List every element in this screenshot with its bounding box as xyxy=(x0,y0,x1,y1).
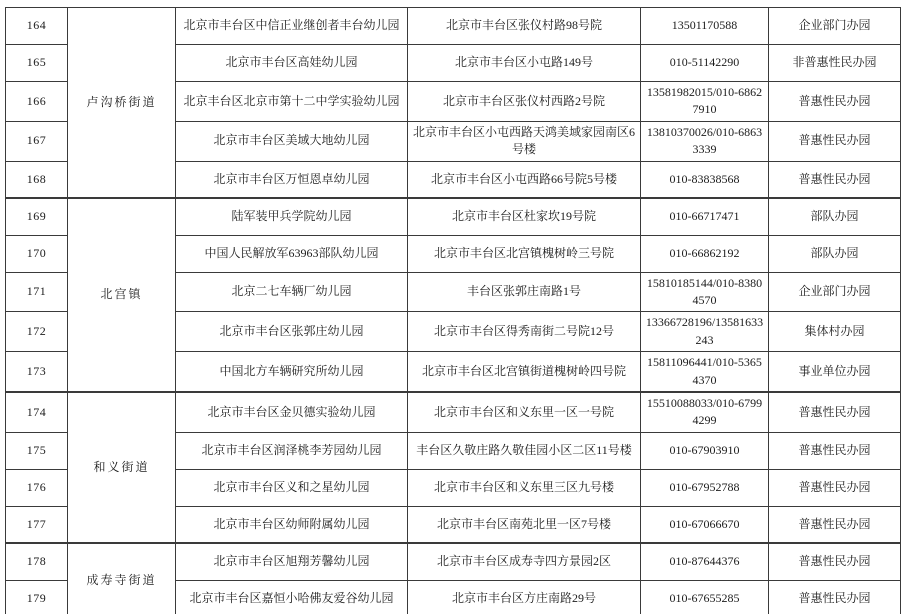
row-number-cell: 177 xyxy=(6,506,68,543)
address-cell: 北京市丰台区南苑北里一区7号楼 xyxy=(408,506,641,543)
phone-cell: 010-51142290 xyxy=(641,45,769,82)
row-number-cell: 175 xyxy=(6,432,68,469)
row-number-cell: 166 xyxy=(6,82,68,122)
row-number-cell: 169 xyxy=(6,198,68,235)
address-cell: 北京市丰台区和义东里一区一号院 xyxy=(408,392,641,432)
type-cell: 企业部门办园 xyxy=(769,8,901,45)
phone-cell: 15510088033/010-67994299 xyxy=(641,392,769,432)
address-cell: 北京市丰台区小屯路149号 xyxy=(408,45,641,82)
type-cell: 普惠性民办园 xyxy=(769,82,901,122)
type-cell: 普惠性民办园 xyxy=(769,580,901,614)
phone-cell: 13810370026/010-68633339 xyxy=(641,121,769,161)
kindergarten-directory-page: 164卢沟桥街道北京市丰台区中信正业继创者丰台幼儿园北京市丰台区张仪村路98号院… xyxy=(0,0,905,614)
row-number-cell: 179 xyxy=(6,580,68,614)
type-cell: 普惠性民办园 xyxy=(769,543,901,580)
phone-cell: 13366728196/13581633243 xyxy=(641,312,769,352)
phone-cell: 010-66862192 xyxy=(641,235,769,272)
address-cell: 北京市丰台区方庄南路29号 xyxy=(408,580,641,614)
row-number-cell: 170 xyxy=(6,235,68,272)
type-cell: 普惠性民办园 xyxy=(769,121,901,161)
phone-cell: 010-67903910 xyxy=(641,432,769,469)
phone-cell: 13501170588 xyxy=(641,8,769,45)
phone-cell: 010-87644376 xyxy=(641,543,769,580)
kindergarten-name-cell: 北京市丰台区旭翔芳馨幼儿园 xyxy=(176,543,408,580)
address-cell: 北京市丰台区北宫镇街道槐树岭四号院 xyxy=(408,352,641,392)
row-number-cell: 172 xyxy=(6,312,68,352)
kindergarten-name-cell: 北京市丰台区万恒恩卓幼儿园 xyxy=(176,161,408,198)
type-cell: 集体村办园 xyxy=(769,312,901,352)
kindergarten-name-cell: 北京市丰台区高娃幼儿园 xyxy=(176,45,408,82)
type-cell: 普惠性民办园 xyxy=(769,432,901,469)
address-cell: 丰台区张郭庄南路1号 xyxy=(408,272,641,312)
type-cell: 事业单位办园 xyxy=(769,352,901,392)
kindergarten-name-cell: 北京市丰台区张郭庄幼儿园 xyxy=(176,312,408,352)
table-row: 174和义街道北京市丰台区金贝德实验幼儿园北京市丰台区和义东里一区一号院1551… xyxy=(6,392,901,432)
address-cell: 北京市丰台区得秀南街二号院12号 xyxy=(408,312,641,352)
kindergarten-name-cell: 北京市丰台区润泽桃李芳园幼儿园 xyxy=(176,432,408,469)
row-number-cell: 173 xyxy=(6,352,68,392)
row-number-cell: 171 xyxy=(6,272,68,312)
kindergarten-name-cell: 中国人民解放军63963部队幼儿园 xyxy=(176,235,408,272)
address-cell: 丰台区久敬庄路久敬佳园小区二区11号楼 xyxy=(408,432,641,469)
kindergarten-name-cell: 北京市丰台区中信正业继创者丰台幼儿园 xyxy=(176,8,408,45)
table-row: 164卢沟桥街道北京市丰台区中信正业继创者丰台幼儿园北京市丰台区张仪村路98号院… xyxy=(6,8,901,45)
kindergarten-name-cell: 北京市丰台区美域大地幼儿园 xyxy=(176,121,408,161)
type-cell: 部队办园 xyxy=(769,198,901,235)
kindergarten-name-cell: 北京二七车辆厂幼儿园 xyxy=(176,272,408,312)
phone-cell: 010-67066670 xyxy=(641,506,769,543)
type-cell: 非普惠性民办园 xyxy=(769,45,901,82)
kindergarten-name-cell: 北京丰台区北京市第十二中学实验幼儿园 xyxy=(176,82,408,122)
row-number-cell: 168 xyxy=(6,161,68,198)
row-number-cell: 165 xyxy=(6,45,68,82)
phone-cell: 13581982015/010-68627910 xyxy=(641,82,769,122)
address-cell: 北京市丰台区和义东里三区九号楼 xyxy=(408,469,641,506)
type-cell: 部队办园 xyxy=(769,235,901,272)
kindergarten-name-cell: 北京市丰台区幼师附属幼儿园 xyxy=(176,506,408,543)
kindergarten-name-cell: 陆军装甲兵学院幼儿园 xyxy=(176,198,408,235)
phone-cell: 010-67952788 xyxy=(641,469,769,506)
row-number-cell: 176 xyxy=(6,469,68,506)
type-cell: 普惠性民办园 xyxy=(769,469,901,506)
row-number-cell: 167 xyxy=(6,121,68,161)
kindergarten-name-cell: 北京市丰台区金贝德实验幼儿园 xyxy=(176,392,408,432)
type-cell: 普惠性民办园 xyxy=(769,161,901,198)
row-number-cell: 164 xyxy=(6,8,68,45)
kindergarten-name-cell: 中国北方车辆研究所幼儿园 xyxy=(176,352,408,392)
phone-cell: 010-83838568 xyxy=(641,161,769,198)
street-name-cell: 卢沟桥街道 xyxy=(68,8,176,199)
address-cell: 北京市丰台区张仪村路98号院 xyxy=(408,8,641,45)
phone-cell: 15810185144/010-83804570 xyxy=(641,272,769,312)
street-name-cell: 和义街道 xyxy=(68,392,176,543)
table-row: 169北宫镇陆军装甲兵学院幼儿园北京市丰台区杜家坎19号院010-6671747… xyxy=(6,198,901,235)
type-cell: 企业部门办园 xyxy=(769,272,901,312)
phone-cell: 15811096441/010-53654370 xyxy=(641,352,769,392)
kindergarten-table: 164卢沟桥街道北京市丰台区中信正业继创者丰台幼儿园北京市丰台区张仪村路98号院… xyxy=(5,7,901,614)
address-cell: 北京市丰台区小屯西路天鸿美域家园南区6号楼 xyxy=(408,121,641,161)
street-name-cell: 成寿寺街道 xyxy=(68,543,176,614)
address-cell: 北京市丰台区张仪村西路2号院 xyxy=(408,82,641,122)
row-number-cell: 178 xyxy=(6,543,68,580)
address-cell: 北京市丰台区北宫镇槐树岭三号院 xyxy=(408,235,641,272)
row-number-cell: 174 xyxy=(6,392,68,432)
kindergarten-name-cell: 北京市丰台区义和之星幼儿园 xyxy=(176,469,408,506)
address-cell: 北京市丰台区成寿寺四方景园2区 xyxy=(408,543,641,580)
kindergarten-name-cell: 北京市丰台区嘉恒小哈佛友爱谷幼儿园 xyxy=(176,580,408,614)
type-cell: 普惠性民办园 xyxy=(769,506,901,543)
phone-cell: 010-67655285 xyxy=(641,580,769,614)
type-cell: 普惠性民办园 xyxy=(769,392,901,432)
table-row: 178成寿寺街道北京市丰台区旭翔芳馨幼儿园北京市丰台区成寿寺四方景园2区010-… xyxy=(6,543,901,580)
address-cell: 北京市丰台区杜家坎19号院 xyxy=(408,198,641,235)
address-cell: 北京市丰台区小屯西路66号院5号楼 xyxy=(408,161,641,198)
street-name-cell: 北宫镇 xyxy=(68,198,176,392)
phone-cell: 010-66717471 xyxy=(641,198,769,235)
